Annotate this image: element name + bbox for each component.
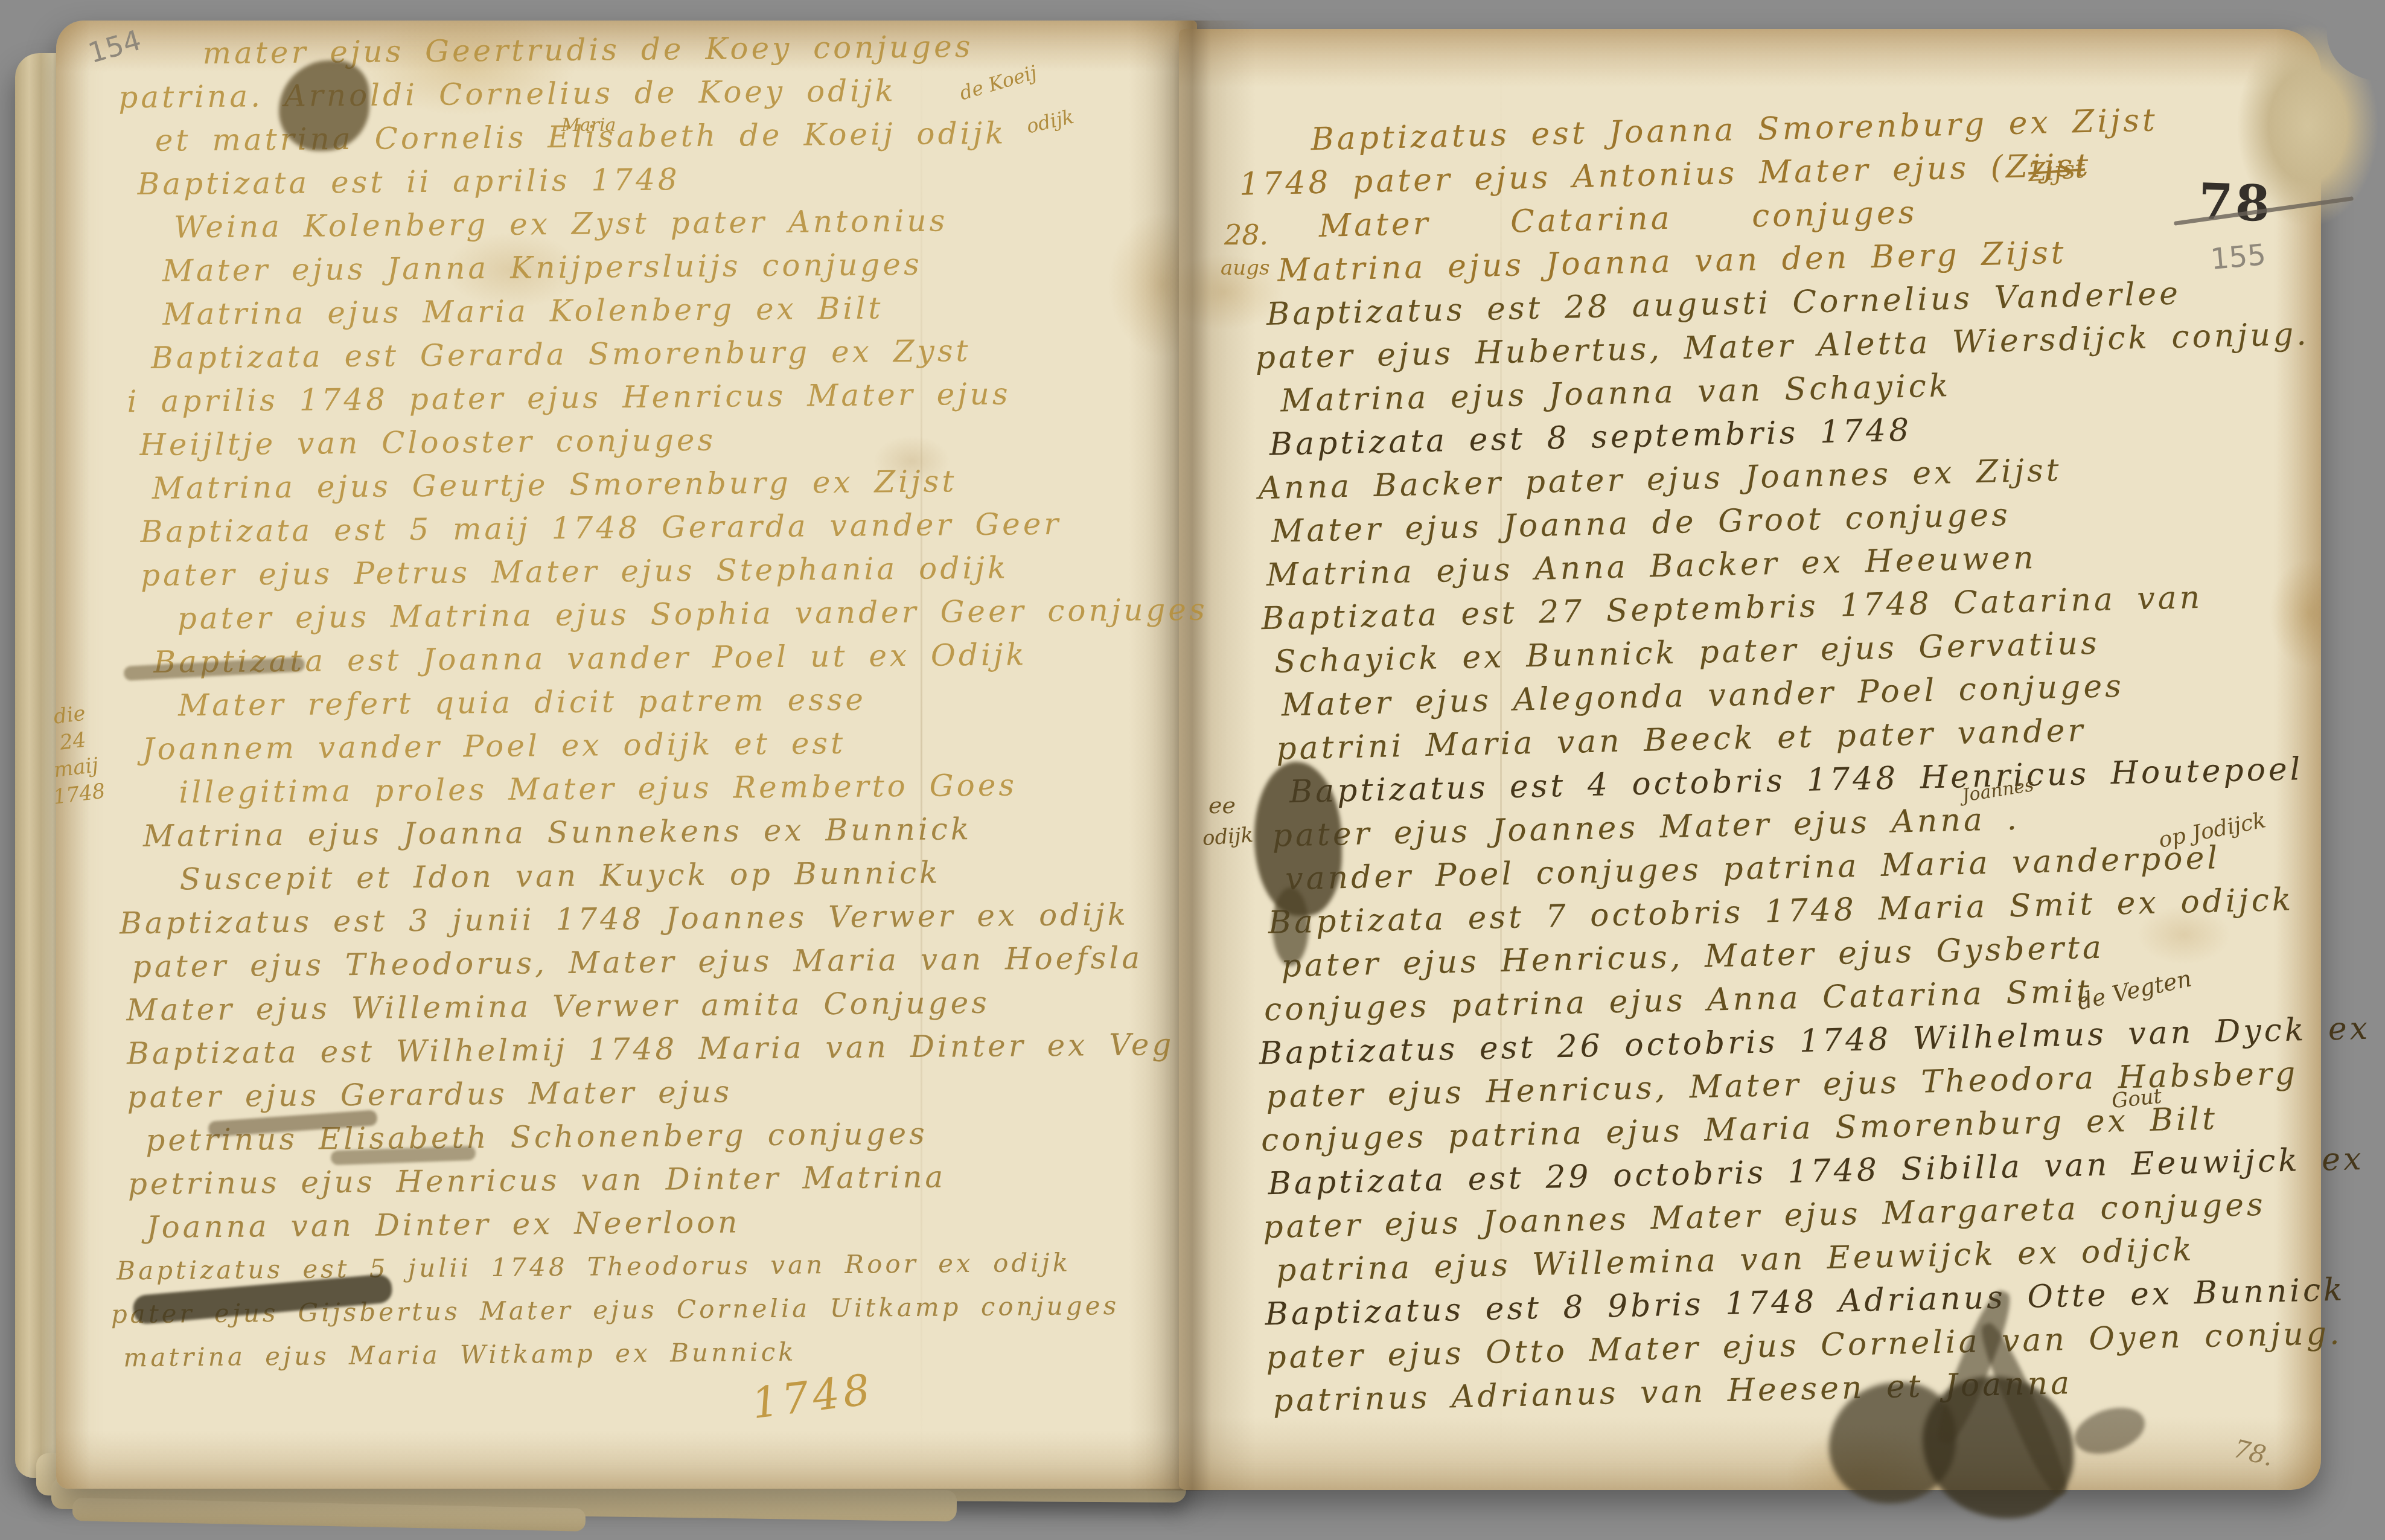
- interline-note: Maria: [561, 115, 616, 136]
- interline-note-struck: Zijst: [2027, 154, 2086, 187]
- margin-note: ee: [1208, 792, 1236, 819]
- left-page-text: mater ejus Geertrudis de Koey conjuges p…: [100, 23, 1161, 1379]
- right-page-text: Baptizatus est Joanna Smorenburg ex Zijs…: [1238, 96, 2312, 1423]
- torn-corner: [2327, 14, 2385, 81]
- margin-date-note: augs: [1221, 256, 1269, 280]
- page-number-ink-right: 78: [2197, 173, 2273, 233]
- register-line: matrina ejus Maria Witkamp ex Bunnick: [123, 1327, 1162, 1379]
- page-number-pencil-right: 155: [2209, 238, 2267, 276]
- margin-note: odijk: [1202, 823, 1254, 851]
- margin-date-note: 28.: [1224, 219, 1268, 251]
